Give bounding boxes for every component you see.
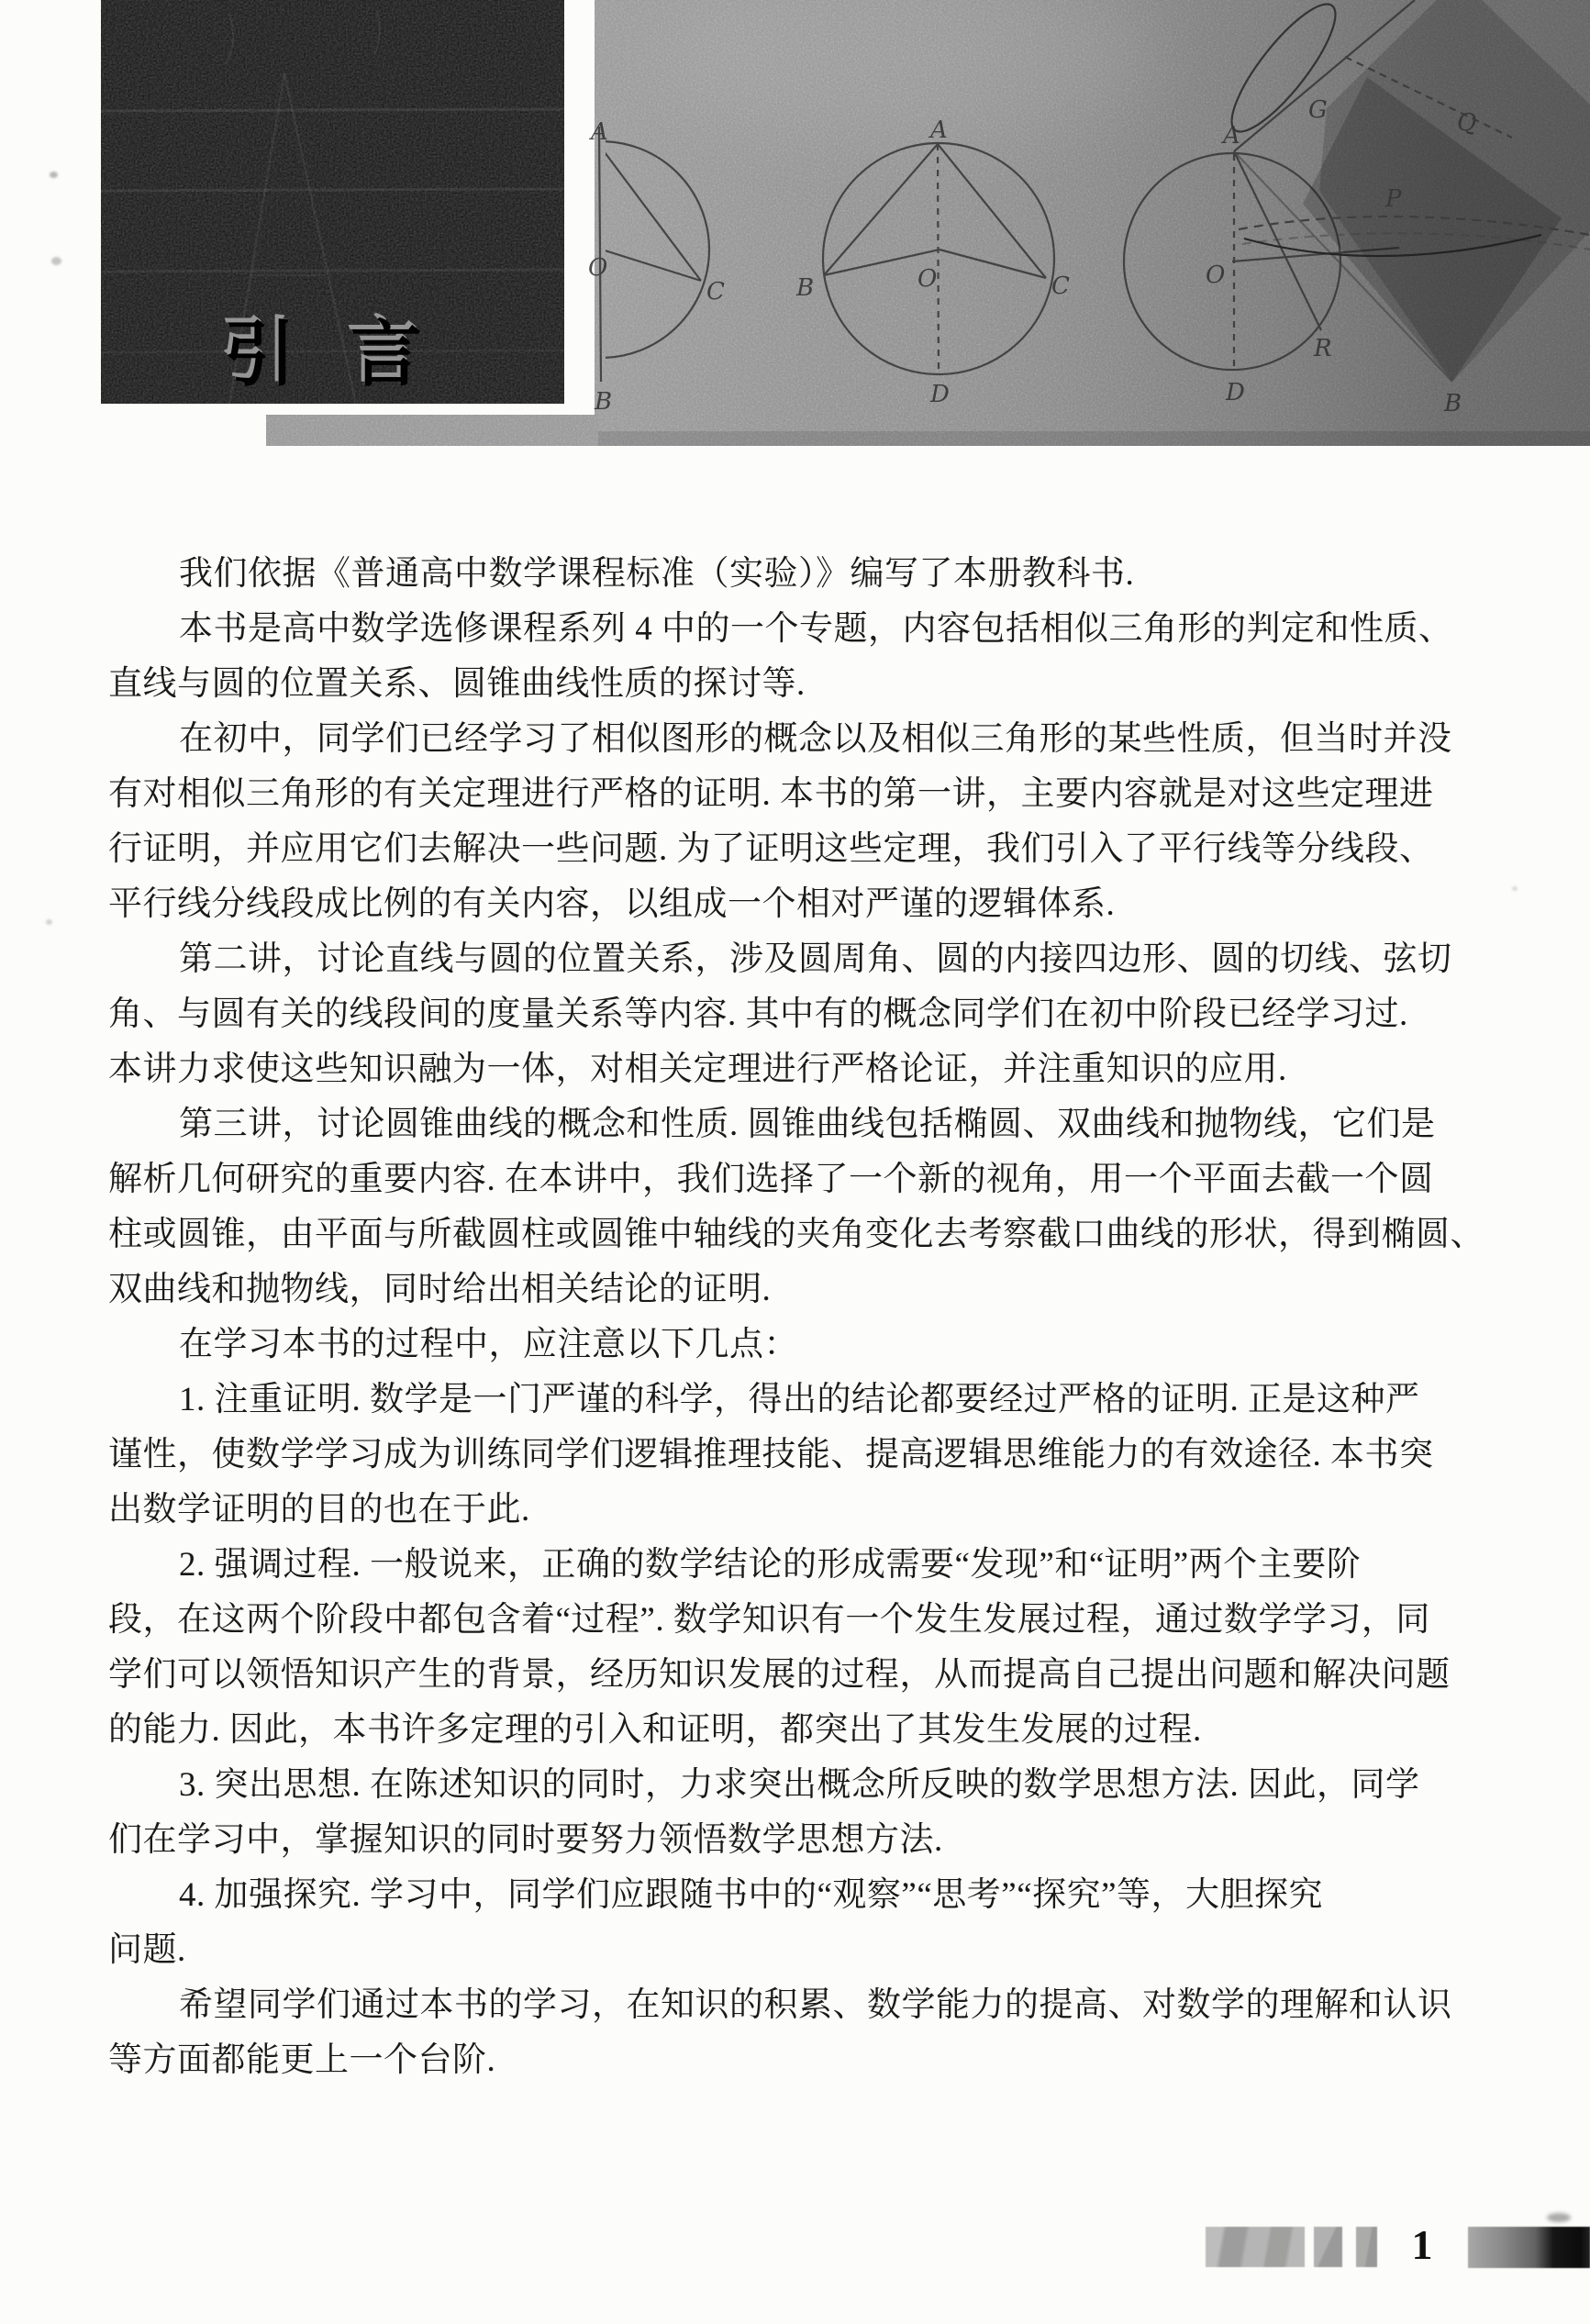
text-line: 有对相似三角形的有关定理进行严格的证明. 本书的第一讲，主要内容就是对这些定理进 [108,767,1420,822]
page-number: 1 [1402,2222,1442,2268]
figure-label: A [589,118,608,146]
figure-label: R [1313,335,1332,362]
text-line: 学们可以领悟知识产生的背景，经历知识发展的过程，从而提高自己提出问题和解决问题 [108,1648,1420,1703]
body-text: 我们依据《普通高中数学课程标准（实验）》编写了本册教科书.本书是高中数学选修课程… [108,547,1420,2088]
title-block: 引言 [101,0,564,404]
text-line: 1. 注重证明. 数学是一门严谨的科学，得出的结论都要经过严格的证明. 正是这种… [108,1373,1420,1428]
text-line: 希望同学们通过本书的学习，在知识的积累、数学能力的提高、对数学的理解和认识 [108,1978,1420,2033]
figure-label: D [929,381,950,408]
figure-label: C [706,278,725,306]
banner-white-gap [564,0,595,415]
text-line: 本讲力求使这些知识融为一体，对相关定理进行严格论证，并注重知识的应用. [108,1042,1420,1097]
figure-label: P [1384,185,1402,213]
figure-label: C [1051,272,1070,300]
text-line: 出数学证明的目的也在于此. [108,1483,1420,1538]
figure-label: O [1206,261,1225,289]
dust-speck [50,172,58,178]
footer-bar-smudge [1547,2213,1571,2222]
scanned-textbook-page: A O C B A B O C D [0,0,1590,2324]
banner-lower-strip [266,415,598,446]
footer-bar [1468,2227,1590,2268]
text-line: 在学习本书的过程中，应注意以下几点： [108,1318,1420,1373]
footer-ornament [1356,2227,1377,2267]
text-line: 双曲线和抛物线，同时给出相关结论的证明. [108,1262,1420,1318]
figure-label: A [928,117,948,144]
figure-label: Q [1457,109,1476,137]
text-line: 问题. [108,1923,1420,1978]
footer-ornament [1314,2227,1342,2267]
text-line: 行证明，并应用它们去解决一些问题. 为了证明这些定理，我们引入了平行线等分线段、 [108,822,1420,877]
text-line: 本书是高中数学选修课程系列 4 中的一个专题，内容包括相似三角形的判定和性质、 [108,602,1420,657]
text-line: 我们依据《普通高中数学课程标准（实验）》编写了本册教科书. [108,547,1420,602]
figure-label: B [594,388,612,416]
figure-label: O [917,265,937,293]
figure-label: D [1225,379,1245,406]
text-line: 直线与圆的位置关系、圆锥曲线性质的探讨等. [108,657,1420,712]
text-line: 4. 加强探究. 学习中，同学们应跟随书中的“观察”“思考”“探究”等，大胆探究 [108,1868,1420,1923]
figure-label: G [1308,96,1328,124]
text-line: 柱或圆锥，由平面与所截圆柱或圆锥中轴线的夹角变化去考察截口曲线的形状，得到椭圆、 [108,1207,1420,1262]
text-line: 角、与圆有关的线段间的度量关系等内容. 其中有的概念同学们在初中阶段已经学习过. [108,987,1420,1042]
text-line: 的能力. 因此，本书许多定理的引入和证明，都突出了其发生发展的过程. [108,1703,1420,1758]
text-line: 解析几何研究的重要内容. 在本讲中，我们选择了一个新的视角，用一个平面去截一个圆 [108,1152,1420,1207]
dust-speck [1512,886,1518,891]
figure-label: A [1221,122,1240,150]
text-line: 第三讲，讨论圆锥曲线的概念和性质. 圆锥曲线包括椭圆、双曲线和抛物线，它们是 [108,1097,1420,1152]
text-line: 段，在这两个阶段中都包含着“过程”. 数学知识有一个发生发展过程，通过数学学习，… [108,1593,1420,1648]
text-line: 3. 突出思想. 在陈述知识的同时，力求突出概念所反映的数学思想方法. 因此，同… [108,1758,1420,1813]
figure-label: B [1443,390,1462,417]
page-title: 引言 [224,319,477,391]
text-line: 第二讲，讨论直线与圆的位置关系，涉及圆周角、圆的内接四边形、圆的切线、弦切 [108,932,1420,987]
text-line: 谨性，使数学学习成为训练同学们逻辑推理技能、提高逻辑思维能力的有效途径. 本书突 [108,1428,1420,1483]
text-line: 2. 强调过程. 一般说来，正确的数学结论的形成需要“发现”和“证明”两个主要阶 [108,1538,1420,1593]
text-line: 平行线分线段成比例的有关内容，以组成一个相对严谨的逻辑体系. [108,877,1420,932]
dust-speck [51,257,61,265]
dust-speck [46,919,52,925]
figure-label: O [588,254,607,282]
text-line: 等方面都能更上一个台阶. [108,2033,1420,2088]
text-line: 在初中，同学们已经学习了相似图形的概念以及相似三角形的某些性质，但当时并没 [108,712,1420,767]
text-line: 们在学习中，掌握知识的同时要努力领悟数学思想方法. [108,1813,1420,1868]
figure-label: B [795,274,814,302]
footer-ornament [1206,2227,1305,2267]
